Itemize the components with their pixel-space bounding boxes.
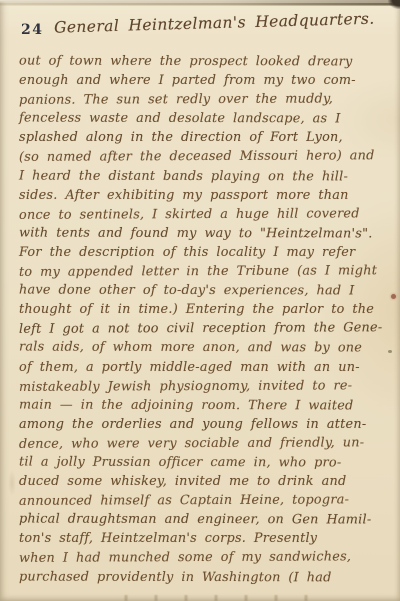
manuscript-page: 24 General Heintzelman's Headquarters. o… bbox=[0, 0, 400, 601]
manuscript-line: of them, a portly middle-aged man with a… bbox=[19, 358, 393, 377]
manuscript-line: once to sentinels, I skirted a huge hill… bbox=[19, 204, 393, 225]
manuscript-line: panions. The sun set redly over the mudd… bbox=[19, 89, 393, 110]
manuscript-text-block: out of town where the prospect looked dr… bbox=[19, 52, 393, 587]
manuscript-line: fenceless waste and desolate landscape, … bbox=[19, 109, 393, 129]
manuscript-line: purchased providently in Washington (I h… bbox=[19, 567, 393, 587]
manuscript-line: rals aids, of whom more anon, and was by… bbox=[19, 338, 393, 358]
manuscript-line: thought of it in time.) Entering the par… bbox=[19, 300, 393, 319]
ink-stain-dot bbox=[391, 294, 396, 299]
manuscript-line: splashed along in the direction of Fort … bbox=[19, 128, 393, 147]
manuscript-line: For the description of this locality I m… bbox=[19, 243, 393, 262]
manuscript-line: enough and where I parted from my two co… bbox=[19, 71, 393, 90]
paper-smudge bbox=[8, 470, 16, 496]
manuscript-line: with tents and found my way to "Heintzel… bbox=[19, 223, 393, 243]
foxing-speck bbox=[388, 350, 392, 353]
manuscript-line: out of town where the prospect looked dr… bbox=[19, 52, 393, 72]
page-number: 24 bbox=[21, 22, 43, 38]
clipped-next-line bbox=[110, 595, 320, 601]
paper-corner-dark-spot bbox=[388, 0, 400, 9]
manuscript-line: when I had munched some of my sandwiches… bbox=[19, 548, 393, 569]
manuscript-line: dence, who were very sociable and friend… bbox=[19, 433, 393, 454]
manuscript-line: duced some whiskey, invited me to drink … bbox=[19, 472, 393, 491]
page-title: General Heintzelman's Headquarters. bbox=[54, 9, 384, 36]
manuscript-line: ton's staff, Heintzelman's corps. Presen… bbox=[19, 529, 393, 548]
manuscript-line: sides. After exhibiting my passport more… bbox=[19, 186, 393, 205]
paper-edge-shadow-line bbox=[0, 3, 400, 5]
manuscript-line: left I got a not too civil reception fro… bbox=[19, 318, 393, 339]
manuscript-line: have done other of to-day's experiences,… bbox=[19, 281, 393, 301]
manuscript-line: til a jolly Prussian officer came in, wh… bbox=[19, 452, 393, 472]
manuscript-line: phical draughtsman and engineer, on Gen … bbox=[19, 510, 393, 530]
manuscript-line: announced himself as Captain Heine, topo… bbox=[19, 490, 393, 511]
manuscript-line: mistakeably Jewish physiognomy, invited … bbox=[19, 376, 393, 397]
manuscript-line: to my appended letter in the Tribune (as… bbox=[19, 261, 393, 282]
manuscript-line: main — in the adjoining room. There I wa… bbox=[19, 395, 393, 415]
manuscript-line: (so named after the deceased Missouri he… bbox=[19, 147, 393, 168]
manuscript-line: among the orderlies and young fellows in… bbox=[19, 415, 393, 434]
manuscript-line: I heard the distant bands playing on the… bbox=[19, 166, 393, 186]
